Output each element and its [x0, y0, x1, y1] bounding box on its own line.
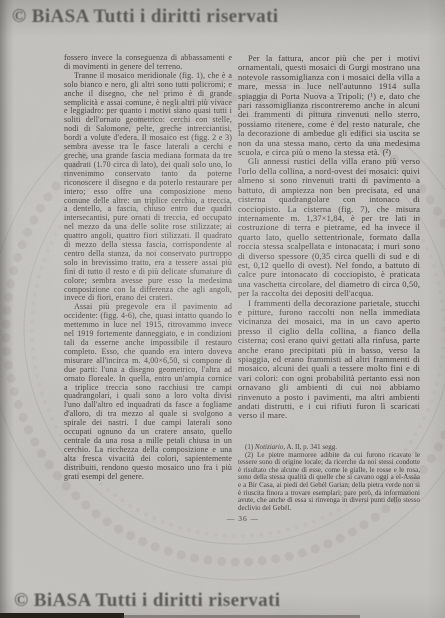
- right-column: Per la fattura, ancor più che per i moti…: [238, 54, 420, 421]
- left-column: fossero invece la conseguenza di abbassa…: [64, 54, 232, 482]
- scan-edge-shadow: [0, 0, 14, 618]
- paragraph: Assai più pregevole era il pavimento ad …: [64, 303, 232, 481]
- paragraph: Gli annessi rustici della villa erano pi…: [238, 157, 420, 298]
- paragraph: Per la fattura, ancor più che per i moti…: [238, 54, 420, 157]
- footnote-marker: (1): [245, 443, 255, 451]
- footnote-2: (2) Le pietre marmoree adibite da cui fu…: [238, 452, 420, 513]
- page-number: — 36 —: [63, 514, 423, 523]
- paragraph: I frammenti della decorazione parietale,…: [238, 299, 420, 421]
- scan-artifact-strip: [0, 613, 124, 618]
- watermark-bottom: © BiASA Tutti i diritti riservati: [14, 590, 281, 612]
- footnotes: (1) Notiziario, A. II, p. 341 segg. (2) …: [238, 444, 420, 512]
- footnote-title: Notiziario,: [255, 443, 285, 451]
- paragraph: Tranne il mosaico meridionale (fig. 1), …: [64, 72, 232, 304]
- footnote-text: A. II, p. 341 segg.: [285, 443, 337, 451]
- paragraph: fossero invece la conseguenza di abbassa…: [64, 54, 232, 72]
- watermark-top: © BiASA Tutti i diritti riservati: [12, 6, 279, 28]
- scanned-page: © BiASA Tutti i diritti riservati fosser…: [0, 0, 445, 618]
